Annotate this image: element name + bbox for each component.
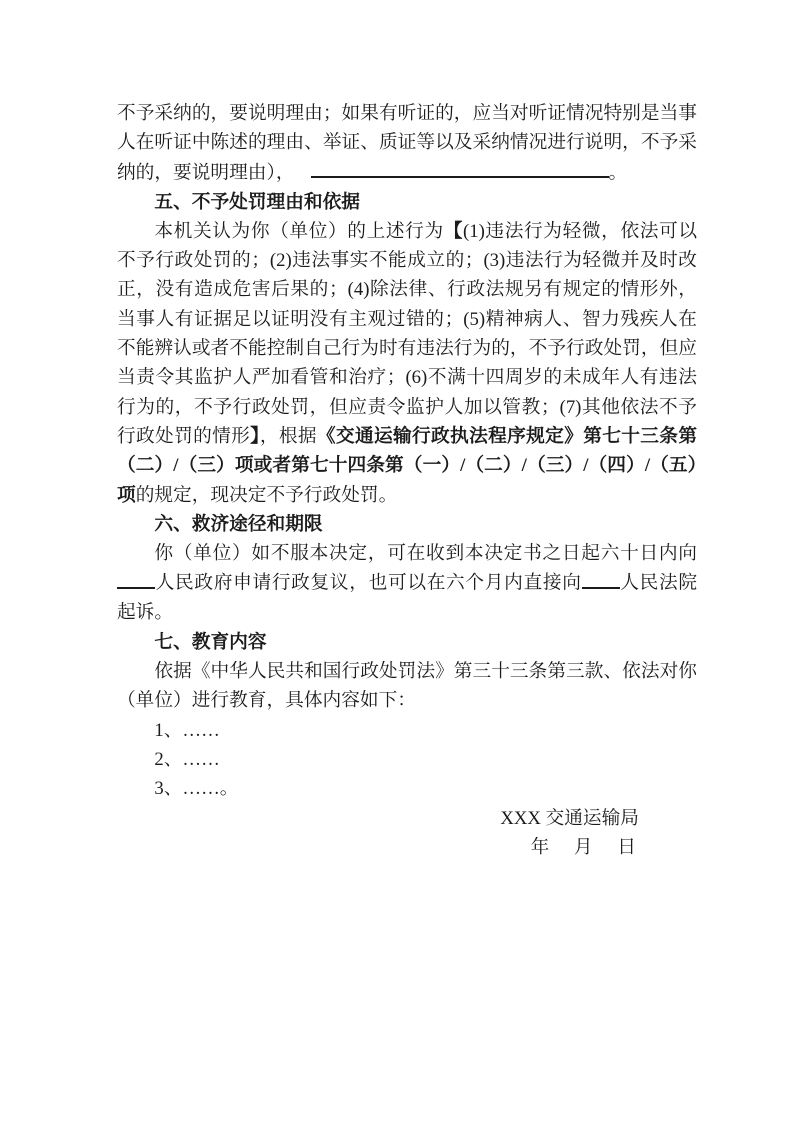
signature-block: XXX 交通运输局 年 月 日 bbox=[117, 804, 697, 863]
issuing-authority: XXX 交通运输局 bbox=[117, 804, 639, 833]
continuation-paragraph: 不予采纳的，要说明理由；如果有听证的，应当对听证情况特别是当事人在听证中陈述的理… bbox=[117, 99, 697, 188]
government-name-blank bbox=[117, 568, 155, 589]
section-seven-paragraph: 依据《中华人民共和国行政处罚法》第三十三条第三款、依法对你（单位）进行教育，具体… bbox=[117, 657, 697, 716]
section-six-paragraph: 你（单位）如不服本决定，可在收到本决定书之日起六十日内向人民政府申请行政复议，也… bbox=[117, 539, 697, 628]
reason-blank-line bbox=[311, 158, 609, 179]
remedy-intro-text: 你（单位）如不服本决定，可在收到本决定书之日起六十日内向 bbox=[154, 543, 697, 564]
section-six-heading: 六、救济途径和期限 bbox=[117, 510, 697, 539]
bracket-open: 【 bbox=[444, 221, 463, 242]
bracket-close: 】 bbox=[250, 426, 260, 447]
decision-conclusion-text: 的规定，现决定不予行政处罚。 bbox=[136, 485, 398, 506]
education-item-1: 1、…… bbox=[117, 716, 697, 745]
remedy-middle-text: 人民政府申请行政复议，也可以在六个月内直接向 bbox=[155, 573, 582, 594]
period-after-blank: 。 bbox=[609, 162, 628, 183]
finding-intro-text: 本机关认为你（单位）的上述行为 bbox=[154, 221, 443, 242]
no-penalty-circumstances-text: (1)违法行为轻微，依法可以不予行政处罚的；(2)违法事实不能成立的；(3)违法… bbox=[117, 221, 697, 447]
education-item-2: 2、…… bbox=[117, 745, 697, 774]
according-to-text: ，根据 bbox=[260, 426, 317, 447]
section-five-heading: 五、不予处罚理由和依据 bbox=[117, 188, 697, 217]
court-name-blank bbox=[582, 568, 620, 589]
section-seven-heading: 七、教育内容 bbox=[117, 628, 697, 657]
education-item-3: 3、……。 bbox=[117, 774, 697, 803]
section-five-paragraph: 本机关认为你（单位）的上述行为【(1)违法行为轻微，依法可以不予行政处罚的；(2… bbox=[117, 217, 697, 510]
penalty-decision-document-page: 不予采纳的，要说明理由；如果有听证的，应当对听证情况特别是当事人在听证中陈述的理… bbox=[0, 0, 793, 1122]
signature-date: 年 月 日 bbox=[117, 833, 639, 862]
